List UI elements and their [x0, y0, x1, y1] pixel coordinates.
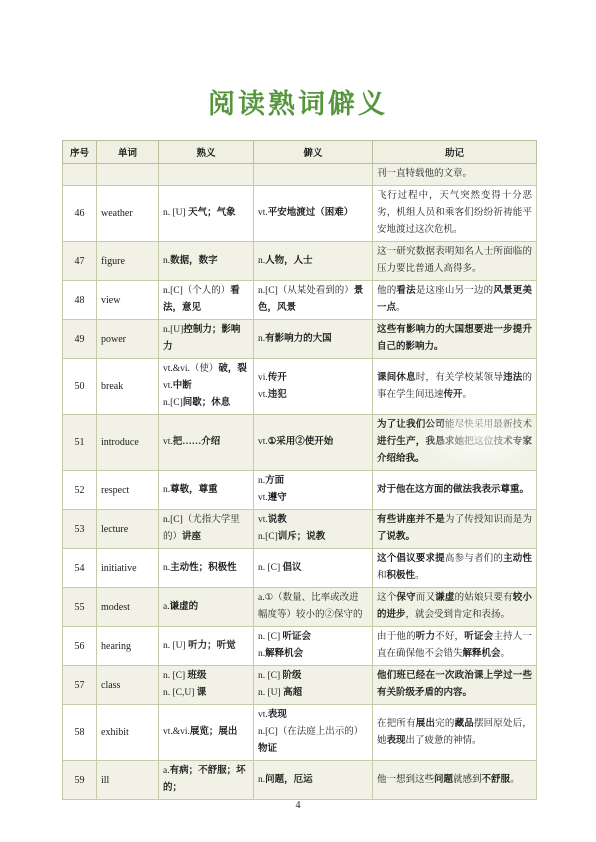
table-body: 刊一直特载他的文章。46weathern. [U] 天气；气象vt.平安地渡过（… [63, 164, 537, 800]
meaning-line: 他们班已经在一次政治课上学过一些有关阶级矛盾的内容。 [377, 668, 532, 702]
cell-no: 55 [63, 588, 97, 627]
cell-no: 49 [63, 320, 97, 359]
table-row: 刊一直特载他的文章。 [63, 164, 537, 186]
cell-familiar-meaning: n.[U]控制力；影响力 [159, 320, 254, 359]
cell-word: respect [97, 471, 159, 510]
table-row: 48viewn.[C]（个人的）看法，意见n.[C]（从某处看到的）景色，风景他… [63, 281, 537, 320]
meaning-line: n. [C] 倡议 [258, 560, 368, 577]
header-obscure-meaning: 僻义 [254, 141, 373, 164]
vocab-table: 序号 单词 熟义 僻义 助记 刊一直特载他的文章。46weathern. [U]… [62, 140, 537, 800]
meaning-line: 为了让我们公司能尽快采用最新技术进行生产，我恳求她把这位技术专家介绍给我。 [377, 417, 532, 468]
cell-mnemonic: 他的看法是这座山另一边的风景更美一点。 [373, 281, 537, 320]
cell-word: exhibit [97, 705, 159, 761]
cell-word: power [97, 320, 159, 359]
table-row: 57classn. [C] 班级n. [C,U] 课n. [C] 阶级n. [U… [63, 666, 537, 705]
cell-mnemonic: 对于他在这方面的做法我表示尊重。 [373, 471, 537, 510]
cell-word: initiative [97, 549, 159, 588]
meaning-line: n.数据，数字 [163, 253, 249, 270]
table-row: 53lecturen.[C]（尤指大学里的）讲座vt.说教n.[C]训斥；说教有… [63, 510, 537, 549]
cell-familiar-meaning: vt.&vi.（使）破，裂vt.中断n.[C]间歇；休息 [159, 359, 254, 415]
meaning-line: n.[C]（尤指大学里的）讲座 [163, 512, 249, 546]
meaning-line: vt.中断 [163, 378, 249, 395]
cell-obscure-meaning: n.人物，人士 [254, 242, 373, 281]
cell-familiar-meaning: n. [U] 听力；听觉 [159, 627, 254, 666]
header-no: 序号 [63, 141, 97, 164]
cell-obscure-meaning: n. [C] 倡议 [254, 549, 373, 588]
meaning-line: n.尊敬，尊重 [163, 482, 249, 499]
meaning-line: n.有影响力的大国 [258, 331, 368, 348]
meaning-line: n.[U]控制力；影响力 [163, 322, 249, 356]
meaning-line: a.谦虚的 [163, 599, 249, 616]
meaning-line: 这个保守而又谦虚的姑娘只要有较小的进步，就会受到肯定和表扬。 [377, 590, 532, 624]
cell-no [63, 164, 97, 186]
table-row: 58exhibitvt.&vi.展览；展出vt.表现n.[C]（在法庭上出示的）… [63, 705, 537, 761]
cell-obscure-meaning: vi.传开vt.违犯 [254, 359, 373, 415]
meaning-line: vt.把……介绍 [163, 434, 249, 451]
cell-obscure-meaning [254, 164, 373, 186]
cell-mnemonic: 这个保守而又谦虚的姑娘只要有较小的进步，就会受到肯定和表扬。 [373, 588, 537, 627]
meaning-line: n. [U] 听力；听觉 [163, 638, 249, 655]
meaning-line: 在把所有展出完的藏品摆回原处后，她表现出了疲惫的神情。 [377, 716, 532, 750]
meaning-line: 飞行过程中，天气突然变得十分恶劣，机组人员和乘客们纷纷祈祷能平安地渡过这次危机。 [377, 188, 532, 239]
cell-word: figure [97, 242, 159, 281]
meaning-line: a.有病；不舒服；坏的； [163, 763, 249, 797]
table-row: 50breakvt.&vi.（使）破，裂vt.中断n.[C]间歇；休息vi.传开… [63, 359, 537, 415]
cell-mnemonic: 有些讲座并不是为了传授知识而是为了说教。 [373, 510, 537, 549]
cell-familiar-meaning: n. [U] 天气；气象 [159, 186, 254, 242]
meaning-line: 刊一直特载他的文章。 [377, 166, 532, 183]
cell-no: 46 [63, 186, 97, 242]
meaning-line: vt.平安地渡过（困难） [258, 205, 368, 222]
table-row: 52respectn.尊敬，尊重n.方面vt.遵守对于他在这方面的做法我表示尊重… [63, 471, 537, 510]
cell-no: 54 [63, 549, 97, 588]
cell-word: hearing [97, 627, 159, 666]
cell-obscure-meaning: vt.表现n.[C]（在法庭上出示的）物证 [254, 705, 373, 761]
meaning-line: n.方面 [258, 473, 368, 490]
meaning-line: n. [C] 阶级 [258, 668, 368, 685]
cell-mnemonic: 由于他的听力不好，听证会主持人一直在确保他不会错失解释机会。 [373, 627, 537, 666]
table-row: 47figuren.数据，数字n.人物，人士这一研究数据表明知名人士所面临的压力… [63, 242, 537, 281]
meaning-line: vt.遵守 [258, 490, 368, 507]
cell-mnemonic: 为了让我们公司能尽快采用最新技术进行生产，我恳求她把这位技术专家介绍给我。 [373, 415, 537, 471]
cell-word: weather [97, 186, 159, 242]
cell-obscure-meaning: vt.①采用②使开始 [254, 415, 373, 471]
meaning-line: 他一想到这些问题就感到不舒服。 [377, 772, 532, 789]
table-row: 46weathern. [U] 天气；气象vt.平安地渡过（困难）飞行过程中，天… [63, 186, 537, 242]
meaning-line: n. [U] 天气；气象 [163, 205, 249, 222]
cell-no: 52 [63, 471, 97, 510]
cell-familiar-meaning [159, 164, 254, 186]
meaning-line: n.[C]（从某处看到的）景色，风景 [258, 283, 368, 317]
meaning-line: vt.①采用②使开始 [258, 434, 368, 451]
cell-obscure-meaning: vt.说教n.[C]训斥；说教 [254, 510, 373, 549]
cell-familiar-meaning: n.数据，数字 [159, 242, 254, 281]
cell-word: introduce [97, 415, 159, 471]
meaning-line: 由于他的听力不好，听证会主持人一直在确保他不会错失解释机会。 [377, 629, 532, 663]
page-number: 4 [0, 800, 596, 811]
meaning-line: n.解释机会 [258, 646, 368, 663]
cell-mnemonic: 这一研究数据表明知名人士所面临的压力要比普通人高得多。 [373, 242, 537, 281]
cell-mnemonic: 他一想到这些问题就感到不舒服。 [373, 761, 537, 800]
cell-familiar-meaning: n.主动性；积极性 [159, 549, 254, 588]
cell-word: modest [97, 588, 159, 627]
meaning-line: 有些讲座并不是为了传授知识而是为了说教。 [377, 512, 532, 546]
table-row: 59illa.有病；不舒服；坏的；n.问题，厄运他一想到这些问题就感到不舒服。 [63, 761, 537, 800]
meaning-line: n.[C]间歇；休息 [163, 395, 249, 412]
meaning-line: vt.表现 [258, 707, 368, 724]
cell-obscure-meaning: a.①（数量、比率或改进幅度等）较小的②保守的 [254, 588, 373, 627]
meaning-line: n. [U] 高超 [258, 685, 368, 702]
cell-obscure-meaning: vt.平安地渡过（困难） [254, 186, 373, 242]
page-title: 阅读熟词僻义 [0, 82, 596, 121]
cell-mnemonic: 这些有影响力的大国想要进一步提升自己的影响力。 [373, 320, 537, 359]
cell-familiar-meaning: vt.把……介绍 [159, 415, 254, 471]
cell-no: 48 [63, 281, 97, 320]
cell-obscure-meaning: n.问题，厄运 [254, 761, 373, 800]
cell-obscure-meaning: n.方面vt.遵守 [254, 471, 373, 510]
meaning-line: n.[C]（个人的）看法，意见 [163, 283, 249, 317]
cell-no: 51 [63, 415, 97, 471]
cell-no: 57 [63, 666, 97, 705]
meaning-line: n.主动性；积极性 [163, 560, 249, 577]
table-row: 51introducevt.把……介绍vt.①采用②使开始为了让我们公司能尽快采… [63, 415, 537, 471]
meaning-line: 课间休息时，有关学校某领导违法的事在学生间迅速传开。 [377, 370, 532, 404]
cell-obscure-meaning: n.有影响力的大国 [254, 320, 373, 359]
cell-word: break [97, 359, 159, 415]
meaning-line: n. [C,U] 课 [163, 685, 249, 702]
cell-mnemonic: 在把所有展出完的藏品摆回原处后，她表现出了疲惫的神情。 [373, 705, 537, 761]
cell-familiar-meaning: n.[C]（个人的）看法，意见 [159, 281, 254, 320]
cell-word: ill [97, 761, 159, 800]
header-familiar-meaning: 熟义 [159, 141, 254, 164]
cell-mnemonic: 课间休息时，有关学校某领导违法的事在学生间迅速传开。 [373, 359, 537, 415]
cell-obscure-meaning: n. [C] 听证会n.解释机会 [254, 627, 373, 666]
header-row: 序号 单词 熟义 僻义 助记 [63, 141, 537, 164]
table-row: 56hearingn. [U] 听力；听觉n. [C] 听证会n.解释机会由于他… [63, 627, 537, 666]
cell-familiar-meaning: n.[C]（尤指大学里的）讲座 [159, 510, 254, 549]
cell-word: class [97, 666, 159, 705]
meaning-line: 对于他在这方面的做法我表示尊重。 [377, 482, 532, 499]
cell-familiar-meaning: n. [C] 班级n. [C,U] 课 [159, 666, 254, 705]
cell-mnemonic: 飞行过程中，天气突然变得十分恶劣，机组人员和乘客们纷纷祈祷能平安地渡过这次危机。 [373, 186, 537, 242]
cell-obscure-meaning: n. [C] 阶级n. [U] 高超 [254, 666, 373, 705]
meaning-line: vt.说教 [258, 512, 368, 529]
header-mnemonic: 助记 [373, 141, 537, 164]
cell-familiar-meaning: a.谦虚的 [159, 588, 254, 627]
meaning-line: n. [C] 听证会 [258, 629, 368, 646]
cell-familiar-meaning: a.有病；不舒服；坏的； [159, 761, 254, 800]
meaning-line: 这一研究数据表明知名人士所面临的压力要比普通人高得多。 [377, 244, 532, 278]
cell-no: 56 [63, 627, 97, 666]
meaning-line: 这个倡议要求提高参与者们的主动性和积极性。 [377, 551, 532, 585]
meaning-line: n.[C]训斥；说教 [258, 529, 368, 546]
cell-word [97, 164, 159, 186]
meaning-line: n.人物，人士 [258, 253, 368, 270]
meaning-line: vt.违犯 [258, 387, 368, 404]
cell-familiar-meaning: vt.&vi.展览；展出 [159, 705, 254, 761]
cell-no: 58 [63, 705, 97, 761]
table-row: 55modesta.谦虚的a.①（数量、比率或改进幅度等）较小的②保守的这个保守… [63, 588, 537, 627]
meaning-line: a.①（数量、比率或改进幅度等）较小的②保守的 [258, 590, 368, 624]
cell-obscure-meaning: n.[C]（从某处看到的）景色，风景 [254, 281, 373, 320]
table-row: 54initiativen.主动性；积极性n. [C] 倡议这个倡议要求提高参与… [63, 549, 537, 588]
meaning-line: n.问题，厄运 [258, 772, 368, 789]
cell-mnemonic: 他们班已经在一次政治课上学过一些有关阶级矛盾的内容。 [373, 666, 537, 705]
cell-no: 47 [63, 242, 97, 281]
header-word: 单词 [97, 141, 159, 164]
cell-mnemonic: 刊一直特载他的文章。 [373, 164, 537, 186]
table-header: 序号 单词 熟义 僻义 助记 [63, 141, 537, 164]
meaning-line: vi.传开 [258, 370, 368, 387]
cell-no: 59 [63, 761, 97, 800]
cell-no: 50 [63, 359, 97, 415]
cell-no: 53 [63, 510, 97, 549]
meaning-line: 他的看法是这座山另一边的风景更美一点。 [377, 283, 532, 317]
meaning-line: vt.&vi.展览；展出 [163, 724, 249, 741]
cell-familiar-meaning: n.尊敬，尊重 [159, 471, 254, 510]
table-row: 49powern.[U]控制力；影响力n.有影响力的大国这些有影响力的大国想要进… [63, 320, 537, 359]
cell-mnemonic: 这个倡议要求提高参与者们的主动性和积极性。 [373, 549, 537, 588]
meaning-line: vt.&vi.（使）破，裂 [163, 361, 249, 378]
cell-word: lecture [97, 510, 159, 549]
cell-word: view [97, 281, 159, 320]
meaning-line: 这些有影响力的大国想要进一步提升自己的影响力。 [377, 322, 532, 356]
meaning-line: n.[C]（在法庭上出示的）物证 [258, 724, 368, 758]
meaning-line: n. [C] 班级 [163, 668, 249, 685]
